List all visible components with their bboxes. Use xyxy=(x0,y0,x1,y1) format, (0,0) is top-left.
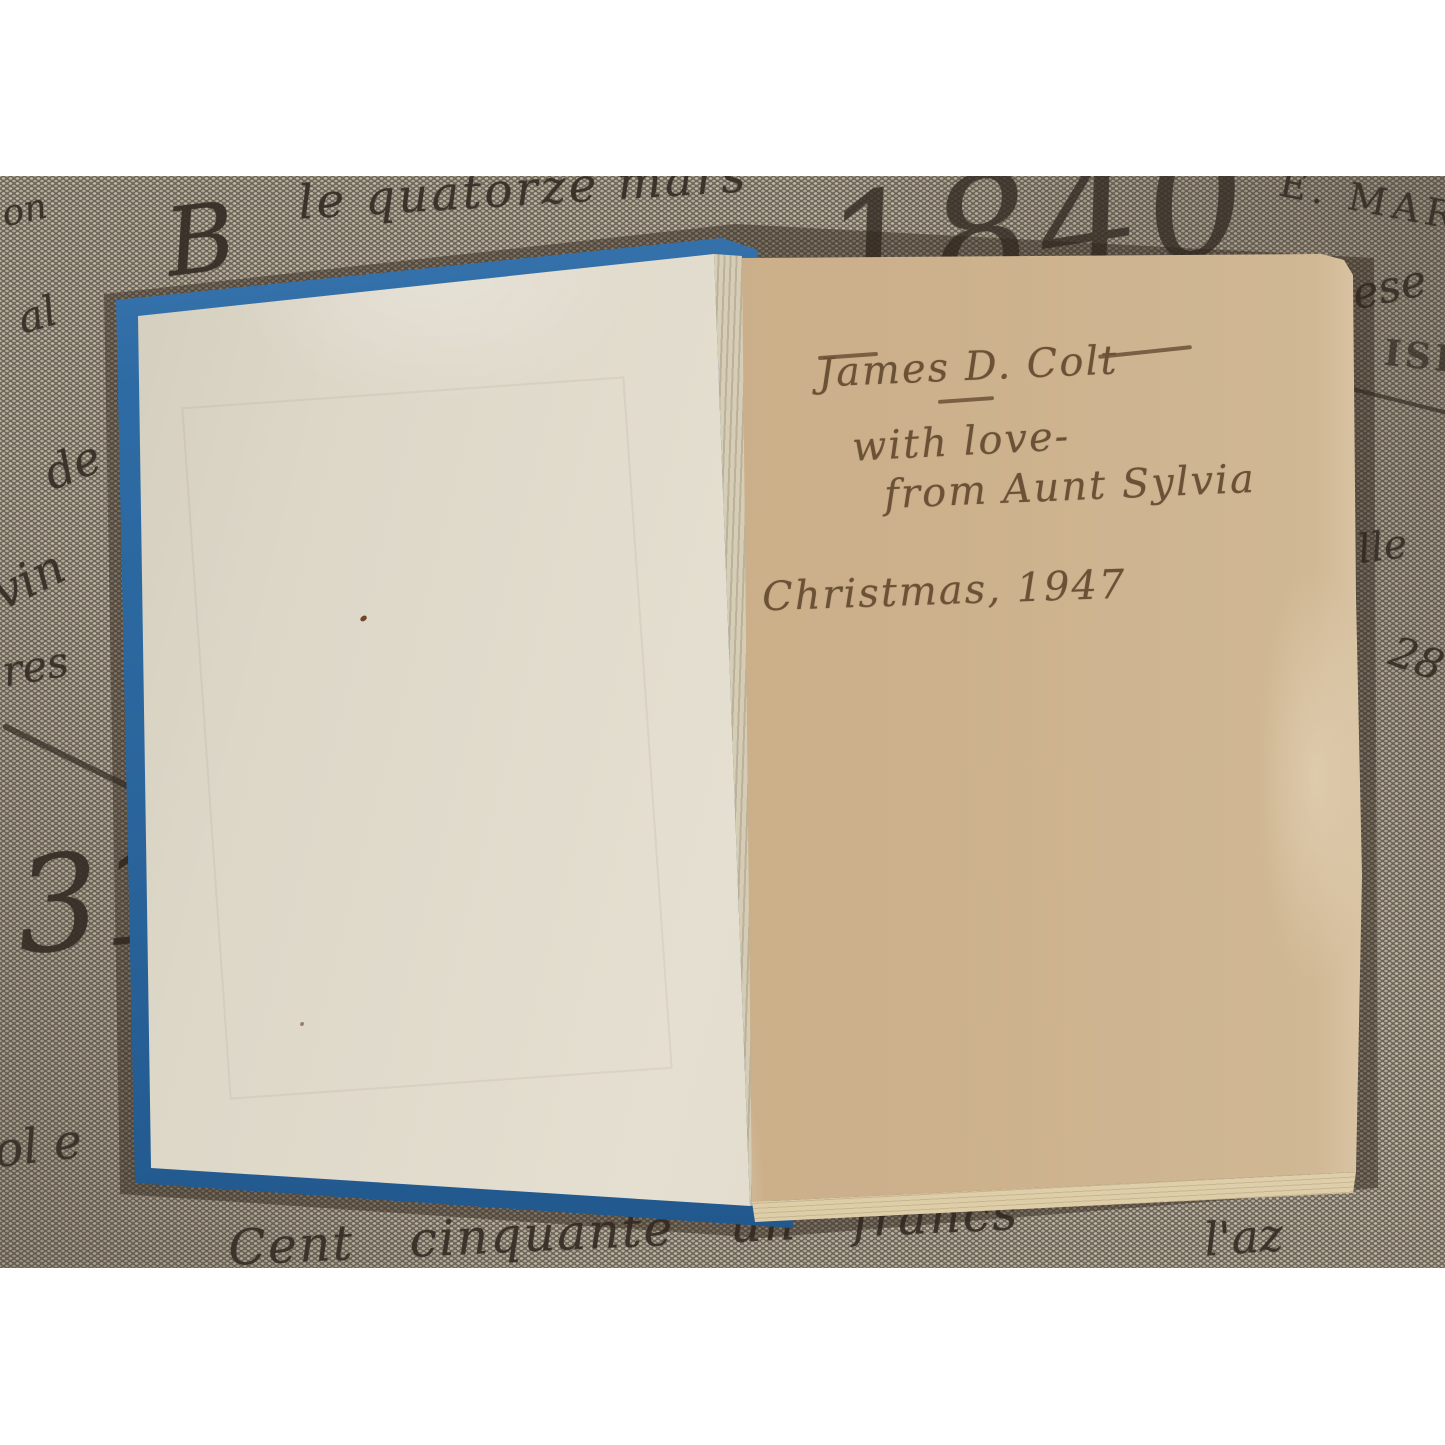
fabric-script-fragment: 28 xyxy=(1383,626,1445,690)
letterbox-bar-bottom xyxy=(0,1268,1445,1445)
fabric-script-fragment: de xyxy=(36,429,109,500)
fabric-script-fragment: ol e xyxy=(0,1113,85,1179)
letterboxed-photo: le quatorze mars 1840 E. MARI ISE 28 31 … xyxy=(0,0,1445,1445)
fabric-script-fragment: E. MARI xyxy=(1276,176,1445,243)
fabric-script-fragment: le quatorze mars xyxy=(297,176,750,231)
fabric-script-fragment: vin xyxy=(0,539,74,622)
fabric-script-fragment: l'az xyxy=(1202,1207,1285,1266)
fabric-script-fragment: res xyxy=(0,637,72,697)
endpaper-turn-in-impression xyxy=(181,376,672,1099)
fabric-script-fragment: al xyxy=(12,286,62,344)
letterbox-bar-top xyxy=(0,0,1445,176)
book-photograph: le quatorze mars 1840 E. MARI ISE 28 31 … xyxy=(0,176,1445,1268)
fabric-script-fragment: on xyxy=(0,186,51,235)
fabric-stamp-text: ISE xyxy=(1382,332,1445,382)
